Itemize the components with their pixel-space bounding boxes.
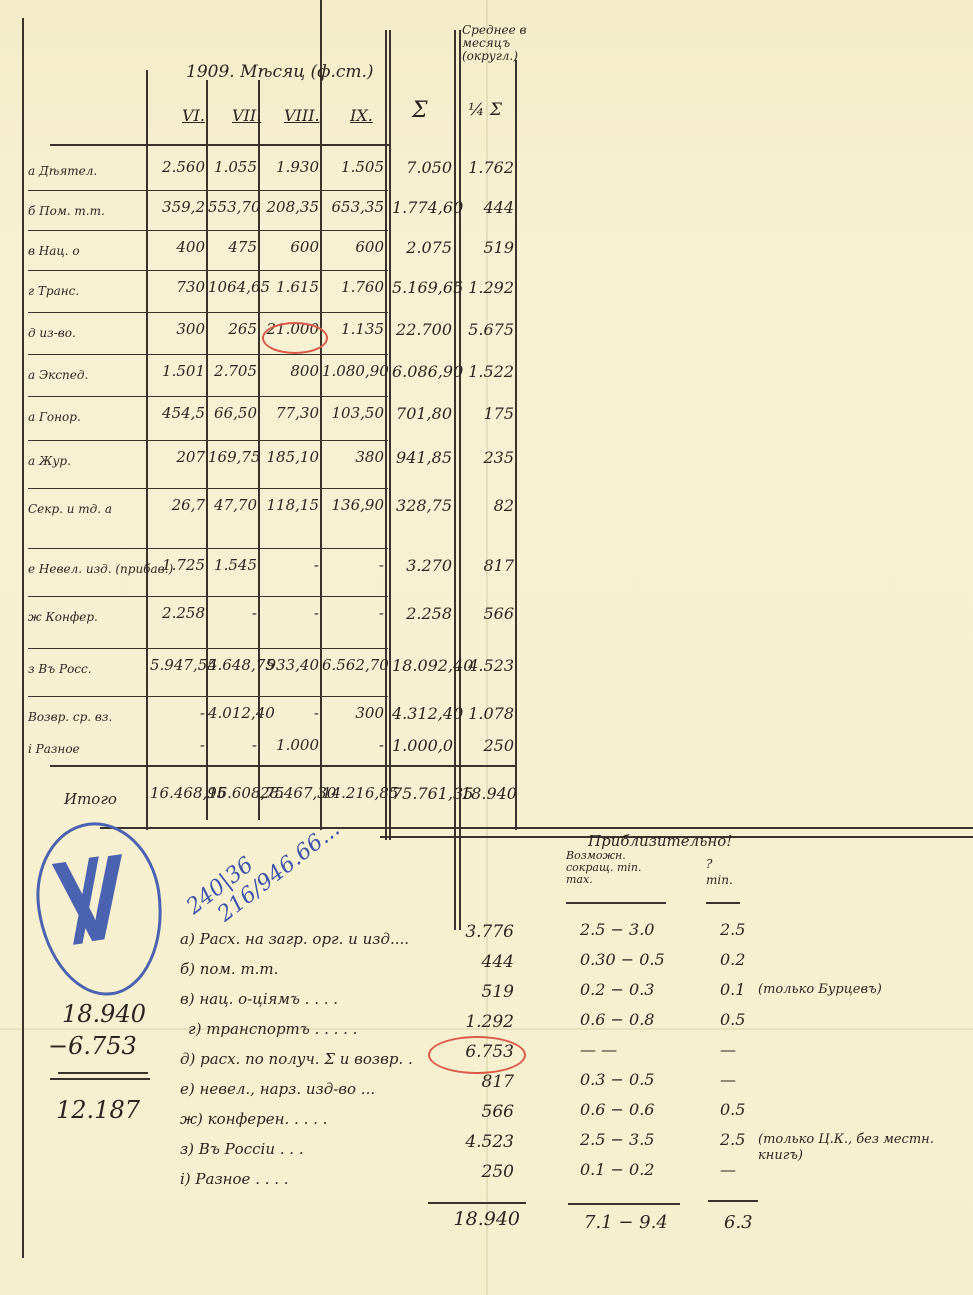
cell-viii: - [260, 556, 319, 574]
reduction-min: 2.5 [720, 920, 745, 939]
row-label: а Гонор. [28, 410, 81, 424]
reduction-range: 0.1 − 0.2 [580, 1160, 654, 1179]
row-label: г Транс. [28, 284, 79, 298]
cell-avg: 5.675 [461, 320, 514, 339]
reduction-note: (только Бурцевъ) [758, 982, 882, 997]
cell-ix: 6.562,70 [322, 656, 384, 674]
row-label: б Пом. т.т. [28, 204, 105, 218]
cell-avg: 235 [461, 448, 514, 467]
summary-item-label: і) Разное . . . . [180, 1170, 289, 1188]
reductions-title: Приблизительно! [588, 832, 732, 850]
cell-ix: - [322, 736, 384, 754]
row-rule [28, 230, 388, 231]
cell-vi: 2.560 [150, 158, 205, 176]
reductions-total-range: 7.1 − 9.4 [584, 1212, 668, 1233]
row-rule [28, 396, 388, 397]
avg-header-formula: ¼ Σ [468, 100, 502, 120]
cell-vi: 2.258 [150, 604, 205, 622]
cell-sum: 328,75 [392, 496, 452, 515]
cell-sum: 701,80 [392, 404, 452, 423]
cell-vii: 475 [208, 238, 257, 256]
cell-ix: 600 [322, 238, 384, 256]
cell-vii: 265 [208, 320, 257, 338]
cell-viii: 1.930 [260, 158, 319, 176]
cell-vii: 4.648,75 [208, 656, 257, 674]
cell-vi: 26,7 [150, 496, 205, 514]
cell-viii: 800 [260, 362, 319, 380]
cell-ix: 103,50 [322, 404, 384, 422]
cell-viii: 208,35 [260, 198, 319, 216]
reduction-note: (только Ц.К., без местн. книгъ) [758, 1132, 968, 1164]
row-rule [28, 354, 388, 355]
row-rule [28, 696, 388, 697]
row-rule [28, 312, 388, 313]
reduction-range: 2.5 − 3.5 [580, 1130, 654, 1149]
reduction-min: 0.1 [720, 980, 745, 999]
summary-item-label: г) транспортъ . . . . . [188, 1020, 357, 1038]
calc-rule [58, 1072, 148, 1074]
month-vi: VI. [182, 106, 205, 125]
cell-viii: 600 [260, 238, 319, 256]
summary-item-value: 4.523 [424, 1132, 514, 1152]
reduction-range: — — [580, 1040, 617, 1059]
cell-viii: 118,15 [260, 496, 319, 514]
cell-vi: - [150, 704, 205, 722]
red-circle-mark-summary [428, 1036, 526, 1074]
cell-avg: 817 [461, 556, 514, 575]
cell-ix: 300 [322, 704, 384, 722]
reduction-range: 0.6 − 0.8 [580, 1010, 654, 1029]
reductions-col2-header: ? min. [706, 856, 736, 888]
total-rule-top [50, 765, 515, 767]
row-label: д из-во. [28, 326, 76, 340]
summary-item-label: в) нац. о-ціямъ . . . . [180, 990, 338, 1008]
table-title: 1909. Мѣсяц (ф.ст.) [186, 62, 374, 82]
cell-ix: 653,35 [322, 198, 384, 216]
cell-avg: 175 [461, 404, 514, 423]
summary-item-value: 817 [424, 1072, 514, 1092]
cell-avg: 1.078 [461, 704, 514, 723]
reduction-range: 0.3 − 0.5 [580, 1070, 654, 1089]
reduction-range: 0.30 − 0.5 [580, 950, 665, 969]
fold-crease-vertical [486, 0, 488, 1295]
cell-vi: 400 [150, 238, 205, 256]
col-label-divider [146, 70, 148, 830]
col-ix-divider [385, 30, 387, 840]
cell-vii: 169,75 [208, 448, 257, 466]
reductions-col2-rule [706, 902, 740, 904]
cell-vi: - [150, 736, 205, 754]
summary-item-value: 519 [424, 982, 514, 1002]
total-rule-bottom [100, 827, 973, 829]
cell-ix: 136,90 [322, 496, 384, 514]
cell-vi: 730 [150, 278, 205, 296]
total-cell-vi: 16.468,95 [150, 784, 205, 802]
col-ix-divider-double [389, 30, 391, 840]
row-label: ж Конфер. [28, 610, 98, 624]
reduction-min: 0.5 [720, 1100, 745, 1119]
cell-avg: 1.522 [461, 362, 514, 381]
cell-sum: 4.312,40 [392, 704, 452, 723]
total-cell-avg: 18.940 [461, 784, 514, 803]
sum-header: Σ [412, 98, 428, 123]
row-label: з Въ Росс. [28, 662, 92, 676]
cell-sum: 22.700 [392, 320, 452, 339]
reduction-range: 0.6 − 0.6 [580, 1100, 654, 1119]
cell-ix: - [322, 604, 384, 622]
cell-sum: 1.000,0 [392, 736, 452, 755]
cell-avg: 82 [461, 496, 514, 515]
calc-rule-2 [50, 1078, 150, 1080]
cell-sum: 6.086,90 [392, 362, 452, 381]
reductions-total-rule [568, 1203, 680, 1205]
summary-item-label: ж) конферен. . . . . [180, 1110, 327, 1128]
summary-total-rule [428, 1202, 526, 1204]
cell-sum: 2.258 [392, 604, 452, 623]
cell-viii: 933,40 [260, 656, 319, 674]
reductions-header-rule [566, 902, 666, 904]
total-cell-sum: 75.761,35 [392, 784, 452, 803]
summary-item-label: е) невел., нарз. изд-во ... [180, 1080, 375, 1098]
summary-item-label: а) Расх. на загр. орг. и изд.... [180, 930, 409, 948]
cell-vi: 1.725 [150, 556, 205, 574]
cell-sum: 3.270 [392, 556, 452, 575]
cell-ix: 1.505 [322, 158, 384, 176]
cell-sum: 18.092,40 [392, 656, 452, 675]
cell-vii: 47,70 [208, 496, 257, 514]
cell-viii: - [260, 704, 319, 722]
summary-item-value: 566 [424, 1102, 514, 1122]
row-rule [28, 488, 388, 489]
cell-avg: 1.292 [461, 278, 514, 297]
reduction-min: 0.5 [720, 1010, 745, 1029]
stamp-monogram: Ꝟ [52, 842, 133, 960]
summary-item-label: д) расх. по получ. Σ и возвр. . [180, 1050, 413, 1068]
cell-vii: 1.055 [208, 158, 257, 176]
row-label: а Жур. [28, 454, 71, 468]
cell-ix: - [322, 556, 384, 574]
reduction-range: 2.5 − 3.0 [580, 920, 654, 939]
reduction-min: 0.2 [720, 950, 745, 969]
row-label: Секр. и тд. а [28, 502, 112, 516]
cell-viii: 185,10 [260, 448, 319, 466]
cell-vii: - [208, 736, 257, 754]
cell-ix: 1.080,90 [322, 362, 384, 380]
cell-viii: 1.615 [260, 278, 319, 296]
cell-ix: 1.135 [322, 320, 384, 338]
cell-vi: 207 [150, 448, 205, 466]
row-rule [28, 548, 388, 549]
summary-item-value: 1.292 [424, 1012, 514, 1032]
row-rule [28, 596, 388, 597]
row-label: а Экспед. [28, 368, 88, 382]
summary-item-label: з) Въ Россіи . . . [180, 1140, 304, 1158]
cell-vii: 1064,65 [208, 278, 257, 296]
reduction-min: — [720, 1040, 736, 1059]
row-label: Возвр. ср. вз. [28, 710, 112, 724]
col-avg-right [515, 60, 517, 830]
cell-vi: 1.501 [150, 362, 205, 380]
total-row-label: Итого [64, 790, 117, 808]
calc-subtrahend: −6.753 [48, 1032, 137, 1060]
cell-ix: 380 [322, 448, 384, 466]
month-viii: VIII. [284, 106, 320, 125]
reduction-range: 0.2 − 0.3 [580, 980, 654, 999]
cell-vii: 553,70 [208, 198, 257, 216]
cell-vi: 5.947,55 [150, 656, 205, 674]
avg-header-title: Среднее в месяцъ (округл.) [462, 24, 532, 63]
cell-vi: 359,2 [150, 198, 205, 216]
cell-vii: 4.012,40 [208, 704, 257, 722]
header-rule [50, 144, 390, 146]
cell-avg: 250 [461, 736, 514, 755]
red-circle-mark [262, 322, 328, 354]
cell-vii: 2.705 [208, 362, 257, 380]
row-label: і Разное [28, 742, 80, 756]
cell-avg: 4.523 [461, 656, 514, 675]
cell-vii: - [208, 604, 257, 622]
summary-item-value: 444 [424, 952, 514, 972]
reductions-col1-header: Возможн. сокращ. min. max. [566, 850, 646, 886]
cell-avg: 519 [461, 238, 514, 257]
cell-vii: 1.545 [208, 556, 257, 574]
summary-item-label: б) пом. т.т. [180, 960, 278, 978]
cell-viii: - [260, 604, 319, 622]
cell-vii: 66,50 [208, 404, 257, 422]
summary-item-value: 250 [424, 1162, 514, 1182]
row-label: в Нац. о [28, 244, 80, 258]
reduction-min: — [720, 1070, 736, 1089]
cell-avg: 444 [461, 198, 514, 217]
row-label: а Дѣятел. [28, 164, 97, 178]
month-vii: VII. [232, 106, 261, 125]
total-cell-ix: 14.216,85 [322, 784, 384, 802]
row-rule [28, 440, 388, 441]
cell-sum: 1.774,60 [392, 198, 452, 217]
cell-sum: 2.075 [392, 238, 452, 257]
calc-minuend: 18.940 [62, 1000, 146, 1028]
month-ix: IX. [350, 106, 373, 125]
summary-total: 18.940 [430, 1208, 520, 1230]
left-margin-line [22, 18, 24, 1258]
cell-ix: 1.760 [322, 278, 384, 296]
cell-viii: 1.000 [260, 736, 319, 754]
reductions-min-total-rule [708, 1200, 758, 1202]
row-rule [28, 190, 388, 191]
cell-avg: 566 [461, 604, 514, 623]
cell-avg: 1.762 [461, 158, 514, 177]
row-rule [28, 270, 388, 271]
cell-vi: 300 [150, 320, 205, 338]
cell-sum: 941,85 [392, 448, 452, 467]
calc-result: 12.187 [56, 1096, 140, 1124]
reductions-total-min: 6.3 [724, 1212, 753, 1233]
cell-sum: 5.169,65 [392, 278, 452, 297]
summary-item-value: 3.776 [424, 922, 514, 942]
row-rule [28, 648, 388, 649]
total-cell-vii: 16.608,75 [208, 784, 257, 802]
cell-vi: 454,5 [150, 404, 205, 422]
cell-sum: 7.050 [392, 158, 452, 177]
cell-viii: 77,30 [260, 404, 319, 422]
reduction-min: — [720, 1160, 736, 1179]
reduction-min: 2.5 [720, 1130, 745, 1149]
